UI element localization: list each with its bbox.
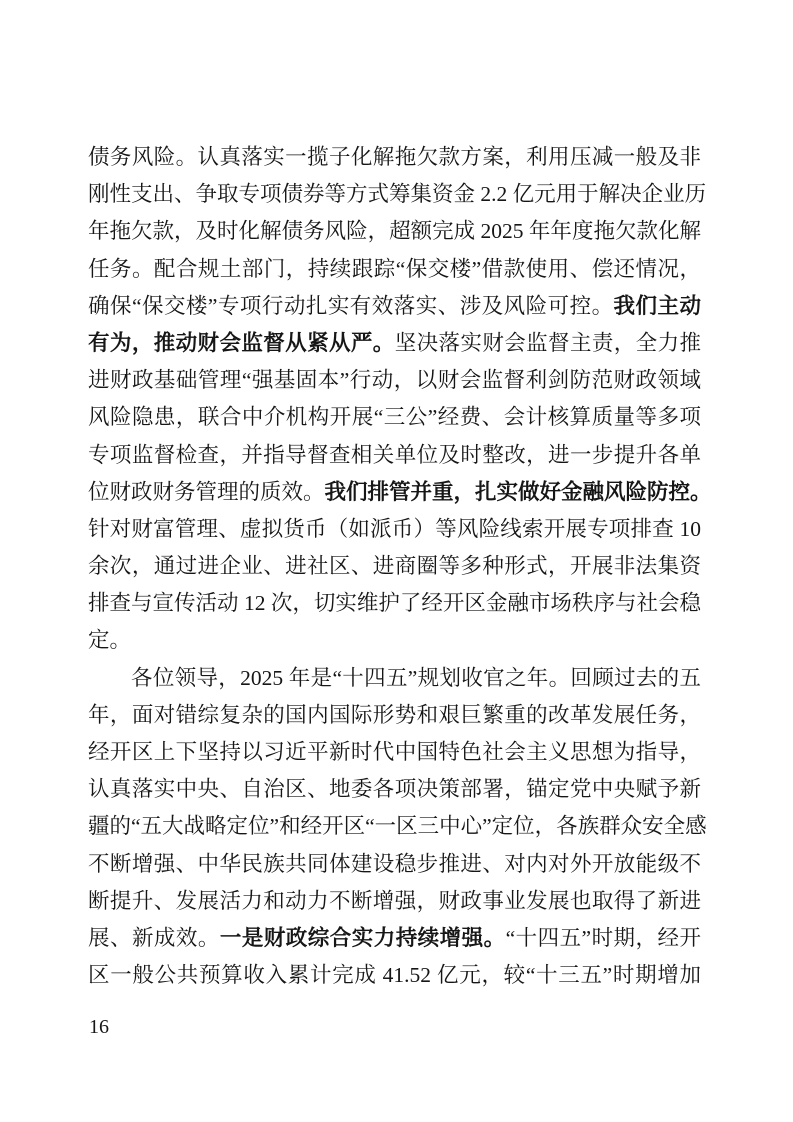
body-text: “十四五”时期，经开 bbox=[506, 926, 701, 950]
page-number: 16 bbox=[89, 1012, 109, 1042]
text-line: 排查与宣传活动 12 次，切实维护了经开区金融市场秩序与社会稳 bbox=[88, 585, 701, 622]
text-line: 展、新成效。一是财政综合实力持续增强。“十四五”时期，经开 bbox=[88, 920, 701, 957]
bold-emphasis-text: 我们排管并重，扎实做好金融风险防控。 bbox=[325, 480, 712, 504]
text-line: 进财政基础管理“强基固本”行动，以财会监督利剑防范财政领域 bbox=[88, 362, 701, 399]
text-line: 余次，通过进企业、进社区、进商圈等多种形式，开展非法集资 bbox=[88, 548, 701, 585]
text-line: 经开区上下坚持以习近平新时代中国特色社会主义思想为指导， bbox=[88, 734, 701, 771]
text-line: 确保“保交楼”专项行动扎实有效落实、涉及风险可控。我们主动 bbox=[88, 288, 701, 325]
text-line: 认真落实中央、自治区、地委各项决策部署，锚定党中央赋予新 bbox=[88, 771, 701, 808]
text-line: 定。 bbox=[88, 622, 701, 659]
body-text: 任务。配合规土部门，持续跟踪“保交楼”借款使用、偿还情况， bbox=[88, 257, 701, 281]
body-text: 展、新成效。 bbox=[88, 926, 220, 950]
document-page: 债务风险。认真落实一揽子化解拖欠款方案，利用压减一般及非刚性支出、争取专项债券等… bbox=[0, 0, 793, 1122]
body-text: 风险隐患，联合中介机构开展“三公”经费、会计核算质量等多项 bbox=[88, 405, 701, 429]
body-text: 年，面对错综复杂的国内国际形势和艰巨繁重的改革发展任务， bbox=[88, 703, 701, 727]
text-line: 年，面对错综复杂的国内国际形势和艰巨繁重的改革发展任务， bbox=[88, 697, 701, 734]
body-text: 进财政基础管理“强基固本”行动，以财会监督利剑防范财政领域 bbox=[88, 368, 701, 392]
text-line: 不断增强、中华民族共同体建设稳步推进、对内对外开放能级不 bbox=[88, 846, 701, 883]
body-text: 各位领导，2025 年是“十四五”规划收官之年。回顾过去的五 bbox=[131, 666, 701, 690]
text-line: 任务。配合规土部门，持续跟踪“保交楼”借款使用、偿还情况， bbox=[88, 251, 701, 288]
text-line: 疆的“五大战略定位”和经开区“一区三中心”定位，各族群众安全感 bbox=[88, 808, 701, 845]
body-text: 断提升、发展活力和动力不断增强，财政事业发展也取得了新进 bbox=[88, 889, 701, 913]
body-text: 刚性支出、争取专项债券等方式筹集资金 2.2 亿元用于解决企业历 bbox=[88, 182, 706, 206]
body-text: 针对财富管理、虚拟货币（如派币）等风险线索开展专项排查 10 bbox=[88, 517, 701, 541]
body-text: 经开区上下坚持以习近平新时代中国特色社会主义思想为指导， bbox=[88, 740, 701, 764]
text-line: 年拖欠款，及时化解债务风险，超额完成 2025 年年度拖欠款化解 bbox=[88, 213, 701, 250]
text-line: 专项监督检查，并指导督查相关单位及时整改，进一步提升各单 bbox=[88, 437, 701, 474]
body-text: 确保“保交楼”专项行动扎实有效落实、涉及风险可控。 bbox=[88, 294, 614, 318]
text-line: 刚性支出、争取专项债券等方式筹集资金 2.2 亿元用于解决企业历 bbox=[88, 176, 701, 213]
bold-emphasis-text: 一是财政综合实力持续增强。 bbox=[220, 926, 506, 950]
body-text: 债务风险。认真落实一揽子化解拖欠款方案，利用压减一般及非 bbox=[88, 145, 701, 169]
text-line: 债务风险。认真落实一揽子化解拖欠款方案，利用压减一般及非 bbox=[88, 139, 701, 176]
text-line: 断提升、发展活力和动力不断增强，财政事业发展也取得了新进 bbox=[88, 883, 701, 920]
bold-emphasis-text: 有为，推动财会监督从紧从严。 bbox=[88, 331, 395, 355]
text-line: 针对财富管理、虚拟货币（如派币）等风险线索开展专项排查 10 bbox=[88, 511, 701, 548]
body-text: 年拖欠款，及时化解债务风险，超额完成 2025 年年度拖欠款化解 bbox=[88, 219, 701, 243]
body-text: 疆的“五大战略定位”和经开区“一区三中心”定位，各族群众安全感 bbox=[88, 814, 707, 838]
body-text: 排查与宣传活动 12 次，切实维护了经开区金融市场秩序与社会稳 bbox=[88, 591, 701, 615]
body-text: 坚决落实财会监督主责，全力推 bbox=[395, 331, 701, 355]
bold-emphasis-text: 我们主动 bbox=[614, 294, 701, 318]
document-text-block: 债务风险。认真落实一揽子化解拖欠款方案，利用压减一般及非刚性支出、争取专项债券等… bbox=[88, 139, 701, 994]
text-line: 各位领导，2025 年是“十四五”规划收官之年。回顾过去的五 bbox=[88, 660, 701, 697]
body-text: 区一般公共预算收入累计完成 41.52 亿元，较“十三五”时期增加 bbox=[88, 963, 701, 987]
text-line: 风险隐患，联合中介机构开展“三公”经费、会计核算质量等多项 bbox=[88, 399, 701, 436]
body-text: 认真落实中央、自治区、地委各项决策部署，锚定党中央赋予新 bbox=[88, 777, 701, 801]
text-line: 有为，推动财会监督从紧从严。坚决落实财会监督主责，全力推 bbox=[88, 325, 701, 362]
body-text: 余次，通过进企业、进社区、进商圈等多种形式，开展非法集资 bbox=[88, 554, 701, 578]
body-text: 专项监督检查，并指导督查相关单位及时整改，进一步提升各单 bbox=[88, 443, 701, 467]
body-text: 定。 bbox=[88, 628, 131, 652]
body-text: 位财政财务管理的质效。 bbox=[88, 480, 325, 504]
text-line: 位财政财务管理的质效。我们排管并重，扎实做好金融风险防控。 bbox=[88, 474, 701, 511]
text-line: 区一般公共预算收入累计完成 41.52 亿元，较“十三五”时期增加 bbox=[88, 957, 701, 994]
body-text: 不断增强、中华民族共同体建设稳步推进、对内对外开放能级不 bbox=[88, 852, 701, 876]
